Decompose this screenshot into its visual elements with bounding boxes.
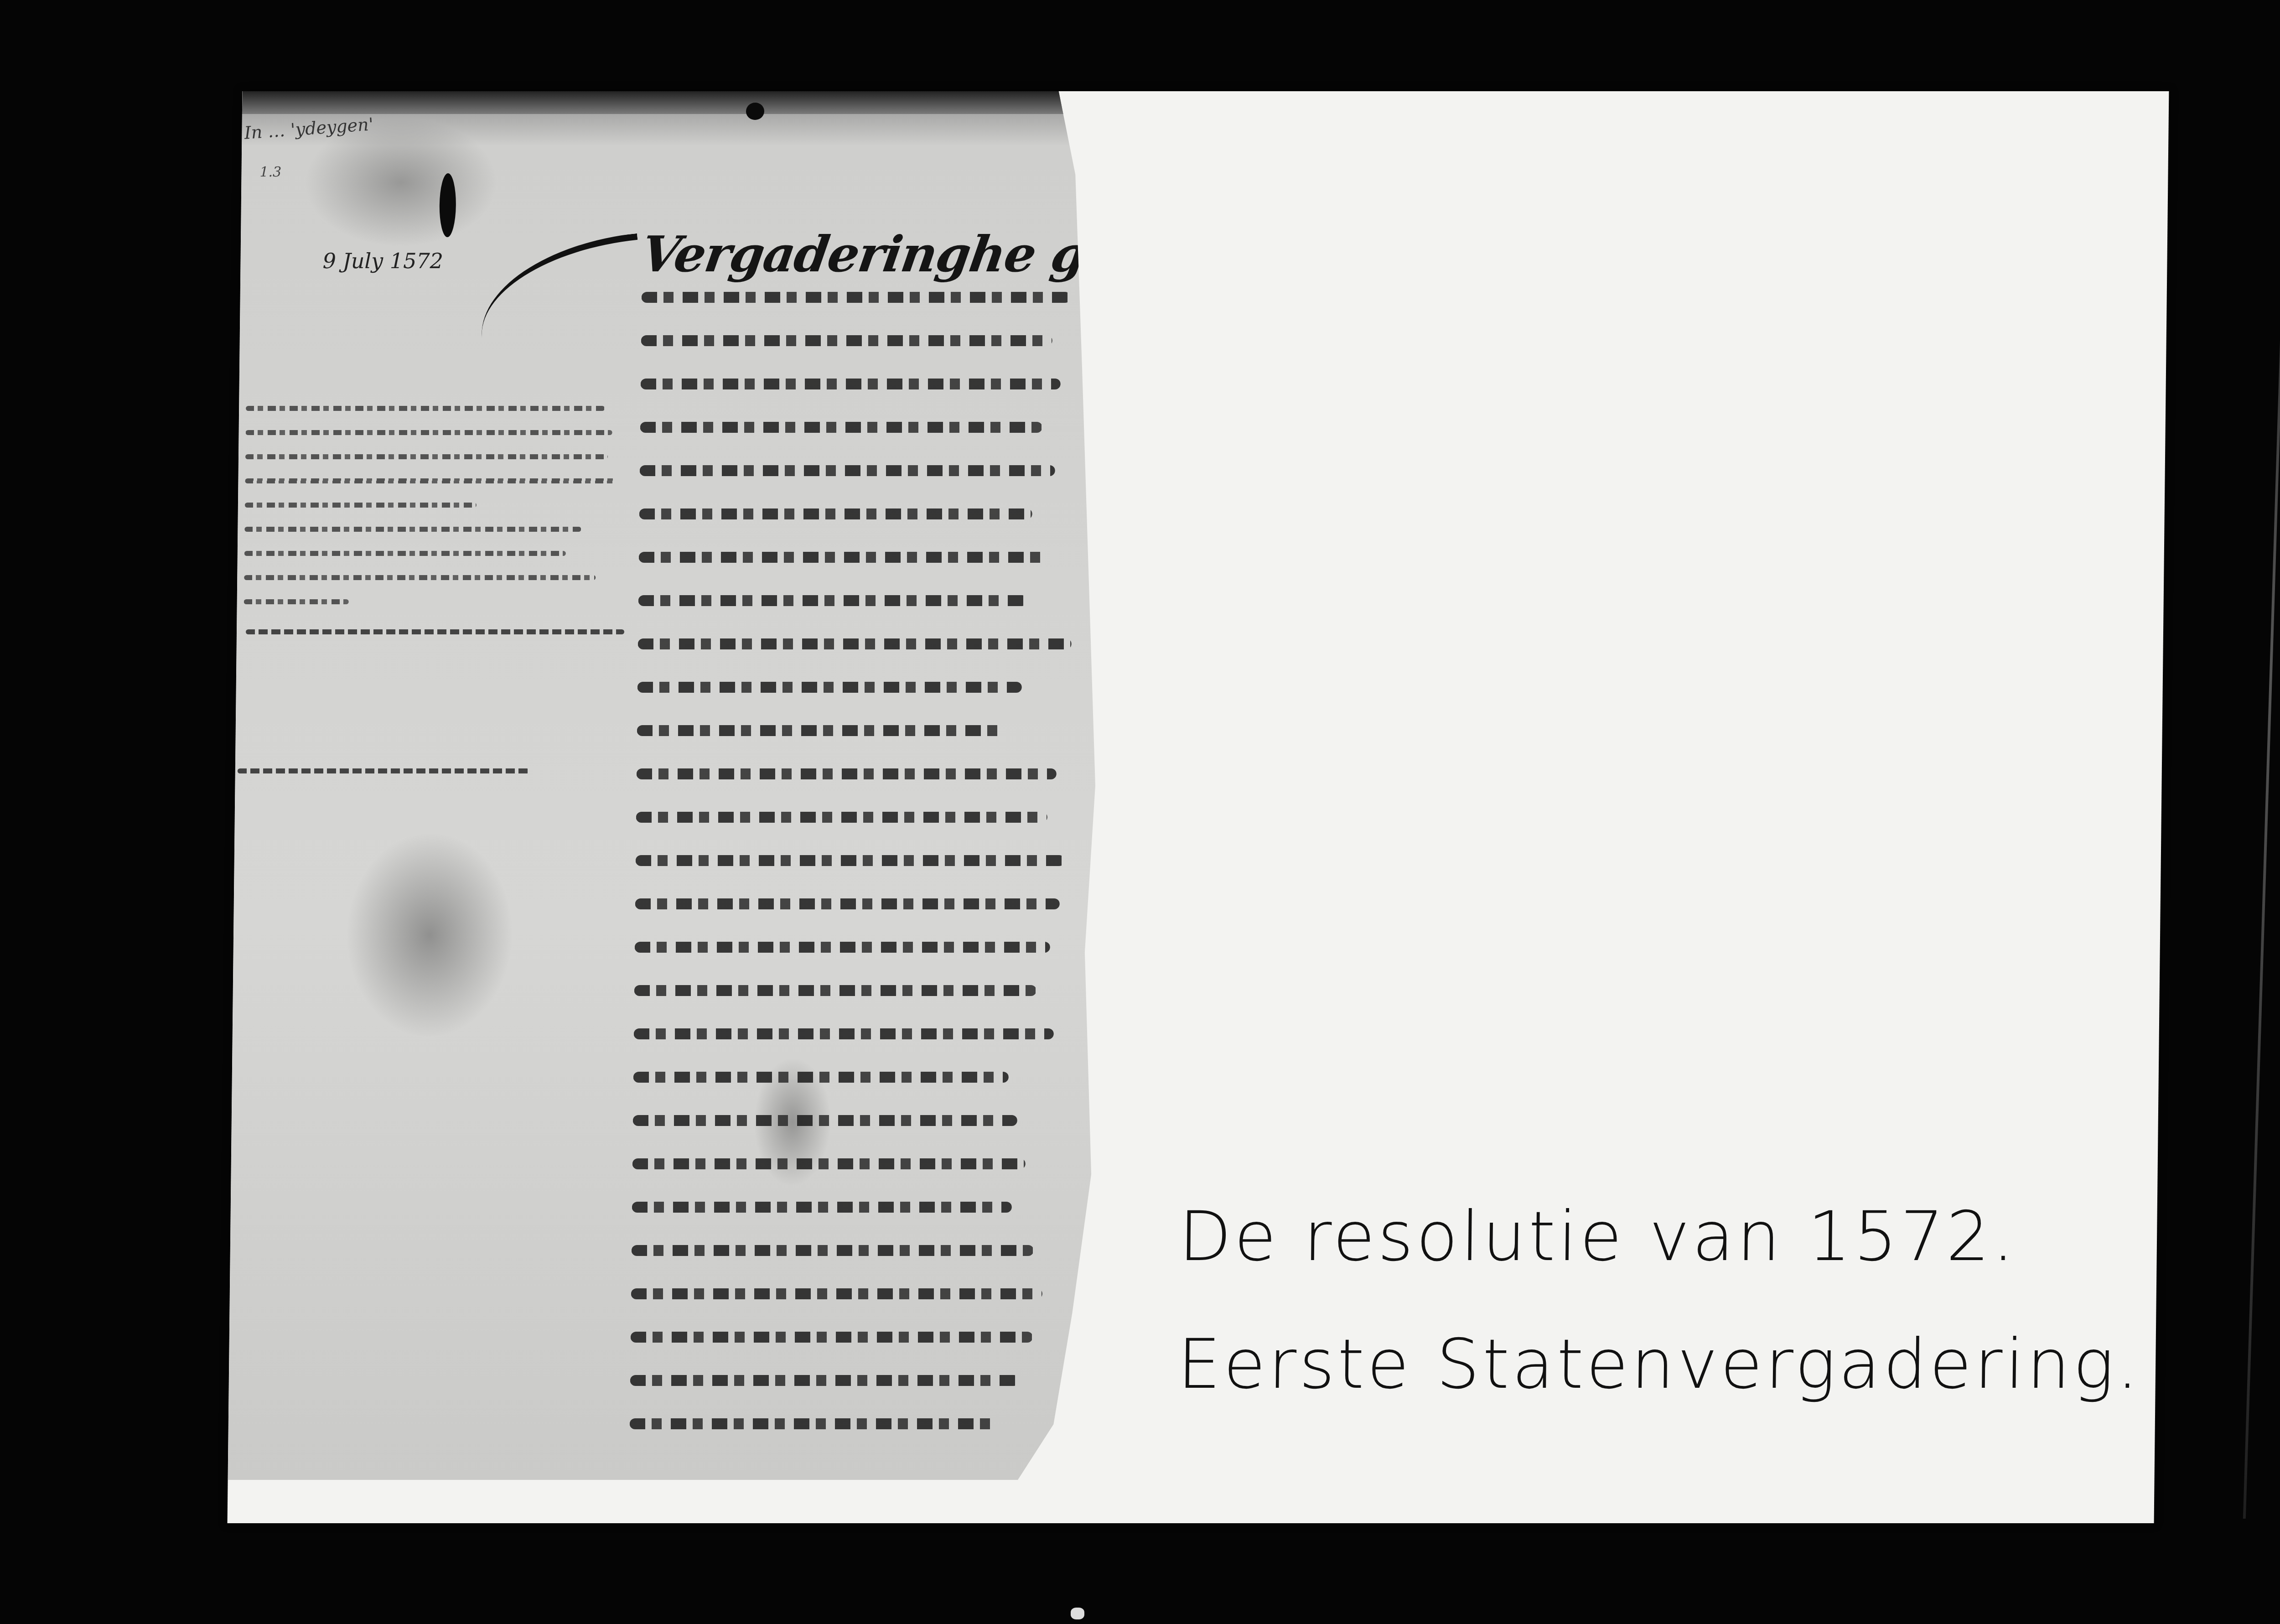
margin-note-line [245,454,608,459]
margin-note-line [246,629,624,634]
ink-blot [439,173,456,237]
dust-speck [1071,1608,1084,1619]
script-line [640,465,1056,476]
caption-title: De resolutie van 1572. [1178,1197,2017,1276]
manuscript-flourish [474,233,646,339]
margin-note-line [246,430,612,435]
script-line [637,725,1004,736]
script-line [631,1288,1042,1299]
script-line [633,1072,1009,1083]
script-line [632,1245,1034,1256]
margin-note-line [246,406,605,411]
margin-note-line [238,768,529,773]
script-line [637,768,1057,779]
manuscript-header: Vergaderinghe gehouden [637,226,1320,283]
script-line [640,422,1042,433]
margin-note-line [244,551,566,556]
manuscript-margin-date: 9 July 1572 [322,249,443,273]
mounting-card: In … 'ydeygen' 1.3 9 July 1572 Vergaderi… [228,91,2169,1523]
script-line [635,898,1060,909]
script-line [632,1202,1012,1213]
script-line [633,1115,1017,1126]
script-line [636,812,1047,823]
script-line [634,1028,1054,1039]
slide-frame-edge [2243,91,2280,1519]
manuscript-shadow-edge [242,91,1120,114]
script-line [632,1158,1026,1169]
script-line [639,552,1046,563]
script-line [641,379,1061,389]
ink-blot [746,103,764,120]
script-line [638,595,1027,606]
script-line [635,942,1051,953]
margin-notes [244,406,620,623]
manuscript-corner-note: In … 'ydeygen' [244,114,374,143]
margin-note-line [245,478,615,483]
script-line [639,508,1033,519]
script-line [630,1375,1019,1386]
script-line [641,335,1052,346]
margin-note-line [244,527,581,532]
script-line [642,292,1071,303]
margin-note-line [244,599,349,604]
script-line [638,638,1072,649]
script-line [634,985,1036,996]
caption-subtitle: Eerste Statenvergadering. [1177,1325,2141,1404]
script-line [631,1332,1033,1343]
script-line [637,682,1022,693]
margin-note-line [244,575,596,580]
manuscript-body-text [629,292,1088,1462]
manuscript-page: In … 'ydeygen' 1.3 9 July 1572 Vergaderi… [228,91,1120,1480]
manuscript-folio-mark: 1.3 [259,164,281,180]
script-line [636,855,1065,866]
script-line [630,1418,996,1429]
margin-note-line [245,503,477,508]
